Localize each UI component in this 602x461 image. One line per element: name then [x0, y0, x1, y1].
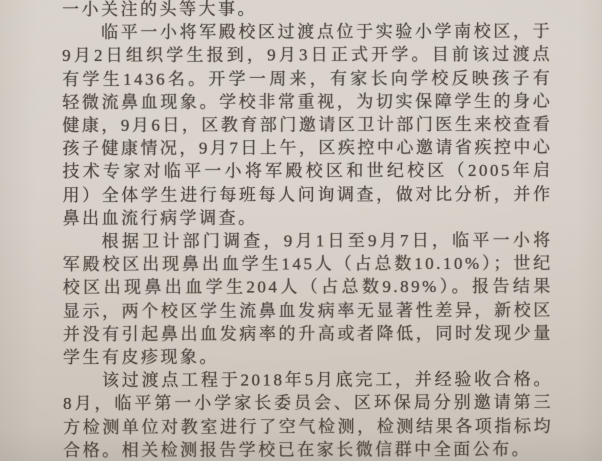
document-text: 一小关注的头等大事。 临平一小将军殿校区过渡点位于实验小学南校区，于9月2日组织… — [62, 0, 553, 461]
document-photo: 一小关注的头等大事。 临平一小将军殿校区过渡点位于实验小学南校区，于9月2日组织… — [0, 0, 602, 461]
paragraph-school-opening: 临平一小将军殿校区过渡点位于实验小学南校区，于9月2日组织学生报到，9月3日正式… — [62, 20, 553, 230]
paragraph-air-test: 该过渡点工程于2018年5月底完工，并经验收合格。8月，临平第一小学家长委员会、… — [63, 368, 553, 461]
paragraph-continuation: 一小关注的头等大事。 — [62, 0, 552, 21]
paragraph-survey-results: 根据卫计部门调查，9月1日至9月7日，临平一小将军殿校区出现鼻出血学生145人（… — [63, 229, 553, 370]
